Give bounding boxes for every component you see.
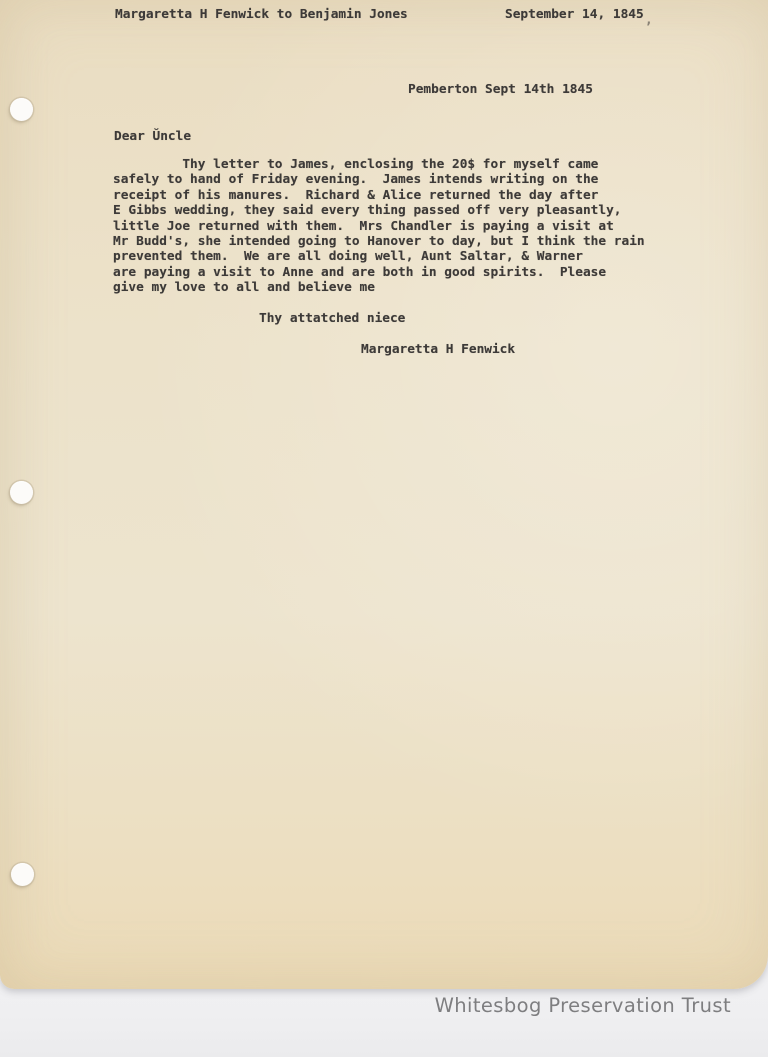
watermark: Whitesbog Preservation Trust: [435, 994, 731, 1017]
hole-punch-bottom: [11, 863, 34, 886]
stray-comma-mark: ,: [645, 13, 653, 28]
letter-dateline: Pemberton Sept 14th 1845: [408, 82, 593, 97]
letter-closing: Thy attatched niece: [259, 311, 405, 326]
letter-salutation: Dear Ŭncle: [114, 129, 191, 144]
catalog-correspondents: Margaretta H Fenwick to Benjamin Jones: [115, 7, 408, 22]
hole-punch-middle: [10, 481, 33, 504]
letter-signature: Margaretta H Fenwick: [361, 342, 515, 357]
scanned-document: Margaretta H Fenwick to Benjamin Jones S…: [0, 0, 768, 1057]
hole-punch-top: [10, 98, 33, 121]
letter-body: Thy letter to James, enclosing the 20$ f…: [113, 157, 645, 296]
letter-page: Margaretta H Fenwick to Benjamin Jones S…: [0, 0, 768, 989]
catalog-date: September 14, 1845: [505, 7, 644, 22]
